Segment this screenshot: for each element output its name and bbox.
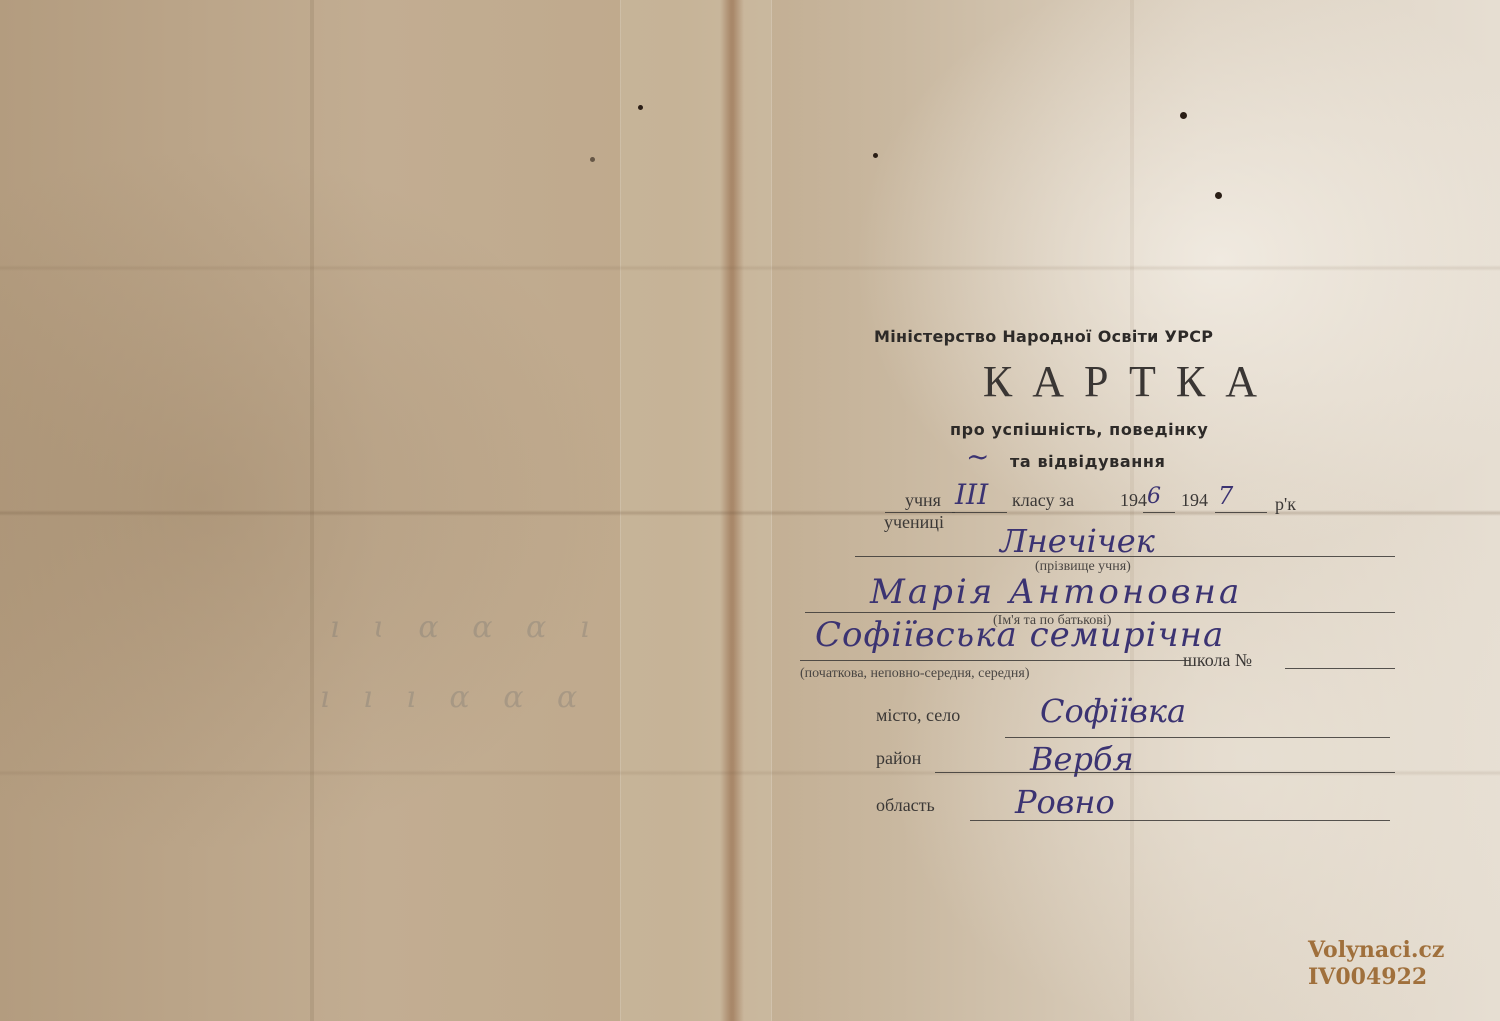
city-value: Софіївка xyxy=(1040,692,1186,730)
subtitle-line-1: про успішність, поведінку xyxy=(950,420,1208,439)
punch-hole xyxy=(590,157,595,162)
bleed-through-text: ı ı ı ɑ ɑ ɑ xyxy=(320,680,589,715)
punch-hole xyxy=(638,105,643,110)
district-line xyxy=(935,772,1395,773)
school-value: Софіївська семирічна xyxy=(815,615,1224,655)
bleed-through-text: ı ɩ ɑ ɑ ɑ ı xyxy=(330,610,601,645)
region-label: область xyxy=(876,795,935,816)
school-number-line xyxy=(1285,668,1395,669)
document-title: КАРТКА xyxy=(880,356,1380,407)
surname-line xyxy=(855,556,1395,557)
punch-hole xyxy=(873,153,878,158)
class-line xyxy=(952,512,1007,513)
school-label: школа № xyxy=(1183,650,1252,671)
school-line xyxy=(800,660,1190,661)
punch-hole xyxy=(1180,112,1187,119)
surname-value: Лнечічек xyxy=(1000,522,1155,560)
year-line-1 xyxy=(1143,512,1175,513)
watermark: Volynaci.cz IV004922 xyxy=(1308,937,1444,991)
region-value: Ровно xyxy=(1015,783,1115,821)
city-line xyxy=(1005,737,1390,738)
tilde-mark: ~ xyxy=(966,440,989,473)
pupil-label-female: учениці xyxy=(884,512,944,533)
year-prefix-2: 194 xyxy=(1181,490,1208,511)
pupil-label: учня xyxy=(905,490,941,511)
district-label: район xyxy=(876,748,921,769)
class-value: III xyxy=(955,478,988,511)
horizontal-fold xyxy=(0,770,1500,776)
year-value-2: 7 xyxy=(1218,482,1233,510)
watermark-id: IV004922 xyxy=(1308,964,1444,991)
year-suffix: р'к xyxy=(1275,494,1296,515)
year-prefix-1: 194 xyxy=(1120,490,1147,511)
subtitle-line-2: та відвідування xyxy=(1010,452,1165,471)
horizontal-fold xyxy=(0,265,1500,271)
class-label: класу за xyxy=(1012,490,1074,511)
city-label: місто, село xyxy=(876,705,960,726)
region-line xyxy=(970,820,1390,821)
year-line-2 xyxy=(1215,512,1267,513)
watermark-site: Volynaci.cz xyxy=(1308,937,1444,964)
name-value: Марія Антоновна xyxy=(870,572,1242,612)
punch-hole xyxy=(1215,192,1222,199)
school-caption: (початкова, неповно-середня, середня) xyxy=(800,666,1030,682)
ministry-header: Міністерство Народної Освіти УРСР xyxy=(874,327,1354,346)
year-value-1: 6 xyxy=(1147,484,1161,509)
